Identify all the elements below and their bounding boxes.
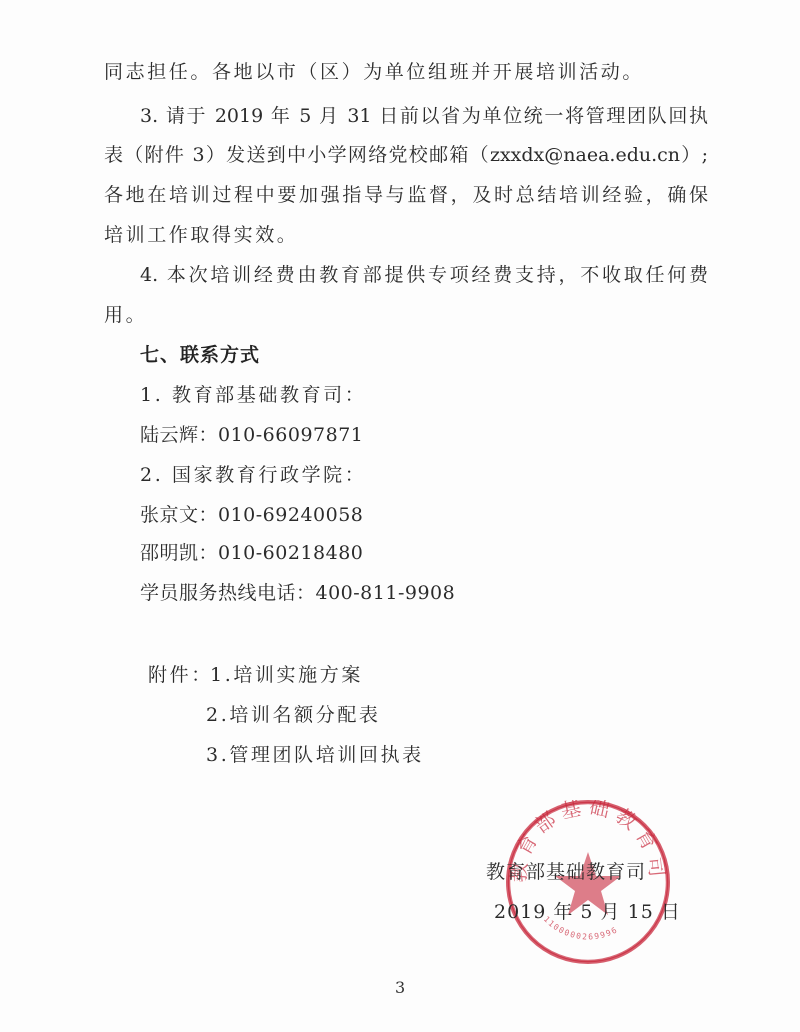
paragraph-line: 用。 xyxy=(104,303,147,327)
attachments-label: 附件： xyxy=(148,663,213,687)
attachment-item: 2.培训名额分配表 xyxy=(206,703,381,727)
contact-org: 1. 教育部基础教育司： xyxy=(140,383,366,407)
contact-person: 张京文：010-69240058 xyxy=(140,503,363,527)
document-page: 同志担任。各地以市（区）为单位组班并开展培训活动。 3. 请于 2019 年 5… xyxy=(0,0,800,1032)
attachment-item: 3.管理团队培训回执表 xyxy=(206,743,424,767)
hotline: 学员服务热线电话：400-811-9908 xyxy=(140,581,455,605)
section-heading: 七、联系方式 xyxy=(140,343,260,367)
paragraph-line: 培训工作取得实效。 xyxy=(104,223,298,247)
attachment-item: 1.培训实施方案 xyxy=(210,663,363,687)
signature-org: 教育部基础教育司 xyxy=(486,860,646,884)
paragraph-line: 4. 本次培训经费由教育部提供专项经费支持，不收取任何费 xyxy=(140,263,708,287)
contact-person: 陆云辉：010-66097871 xyxy=(140,423,363,447)
contact-person: 邵明凯：010-60218480 xyxy=(140,541,363,565)
contact-org: 2. 国家教育行政学院： xyxy=(140,463,366,487)
page-number: 3 xyxy=(395,978,405,997)
signature-date: 2019 年 5 月 15 日 xyxy=(494,900,681,924)
paragraph-line: 各地在培训过程中要加强指导与监督，及时总结培训经验，确保 xyxy=(104,183,708,207)
paragraph-line: 同志担任。各地以市（区）为单位组班并开展培训活动。 xyxy=(104,60,644,84)
paragraph-line: 表（附件 3）发送到中小学网络党校邮箱（zxxdx@naea.edu.cn）; xyxy=(104,143,708,167)
paragraph-line: 3. 请于 2019 年 5 月 31 日前以省为单位统一将管理团队回执 xyxy=(140,104,708,128)
